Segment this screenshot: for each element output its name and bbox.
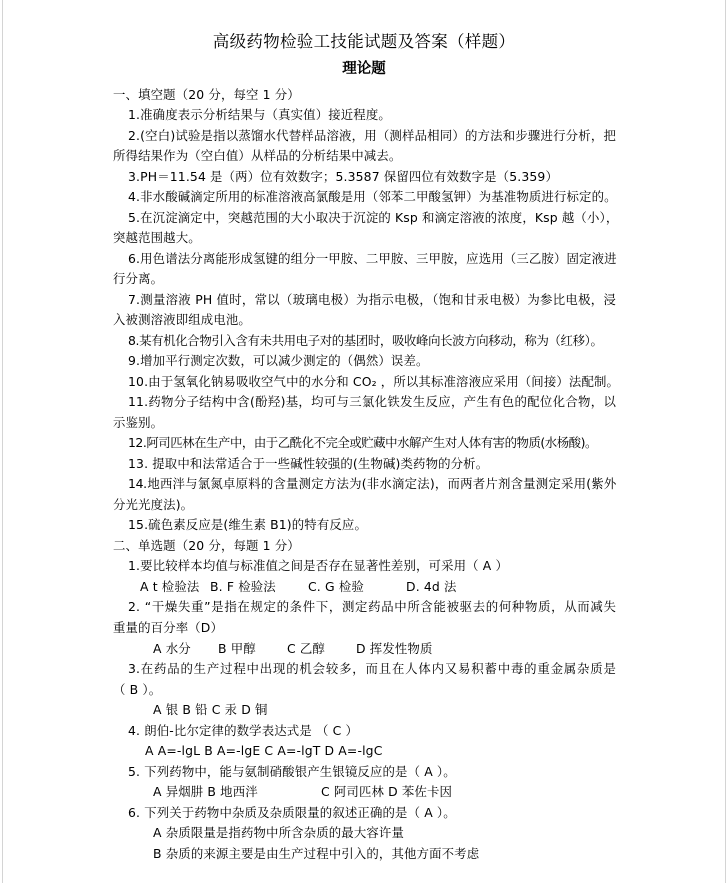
document-title: 高级药物检验工技能试题及答案（样题） bbox=[0, 31, 728, 53]
fill-item-11-cont: 示鉴别。 bbox=[113, 415, 163, 431]
question-2: 2. “干燥失重”是指在规定的条件下，测定药品中所含能被驱去的何种物质，从而减失 bbox=[128, 599, 616, 615]
fill-item-6: 6.用色谱法分离能形成氢键的组分一甲胺、二甲胺、三甲胺，应选用（三乙胺）固定液进 bbox=[128, 251, 616, 267]
question-1: 1.要比较样本均值与标准值之间是否存在显著性差别，可采用（ A ） bbox=[128, 558, 508, 574]
question-6-option-a: A 杂质限量是指药物中所含杂质的最大容许量 bbox=[153, 825, 404, 841]
option-d: D. 4d 法 bbox=[406, 579, 457, 595]
option-a: A 水分 bbox=[153, 641, 218, 657]
option-c: C. G 检验 bbox=[308, 579, 406, 595]
fill-item-14: 14.地西泮与氯氮卓原料的含量测定方法为(非水滴定法)，而两者片剂含量测定采用(… bbox=[128, 476, 616, 492]
option-c: C 乙醇 bbox=[287, 641, 356, 657]
fill-item-1: 1.准确度表示分析结果与（真实值）接近程度。 bbox=[128, 107, 391, 123]
question-5: 5. 下列药物中，能与氨制硝酸银产生银镜反应的是（ A ）。 bbox=[128, 764, 456, 780]
fill-item-15: 15.硫色素反应是(维生素 B1)的特有反应。 bbox=[128, 517, 367, 533]
option-a-b: A 异烟肼 B 地西泮 bbox=[153, 784, 321, 800]
question-2-options: A 水分B 甲醇C 乙醇D 挥发性物质 bbox=[153, 641, 432, 657]
fill-item-11: 11.药物分子结构中含(酚羟)基，均可与三氯化铁发生反应，产生有色的配位化合物，… bbox=[128, 394, 616, 410]
options-line: A 银 B 铅 C 汞 D 铜 bbox=[153, 702, 268, 718]
document-subtitle: 理论题 bbox=[0, 59, 728, 79]
option-b: B 杂质的来源主要是由生产过程中引入的，其他方面不考虑 bbox=[153, 846, 479, 862]
fill-item-2-cont: 所得结果作为（空白值）从样品的分析结果中减去。 bbox=[113, 148, 401, 164]
fill-item-12: 12.阿司匹林在生产中，由于乙酰化不完全或贮藏中水解产生对人体有害的物质(水杨酸… bbox=[128, 435, 597, 451]
question-3-options: A 银 B 铅 C 汞 D 铜 bbox=[153, 702, 268, 718]
section-heading-single-choice: 二、单选题（20 分，每题 1 分） bbox=[113, 538, 300, 554]
option-d: D 挥发性物质 bbox=[356, 641, 432, 657]
option-a: A t 检验法 bbox=[140, 579, 210, 595]
options-line: A A=-lgL B A=-lgE C A=-lgT D A=-lgC bbox=[145, 743, 383, 759]
option-a: A 杂质限量是指药物中所含杂质的最大容许量 bbox=[153, 825, 404, 841]
question-3: 3.在药品的生产过程中出现的机会较多，而且在人体内又易积蓄中毒的重金属杂质是 bbox=[128, 661, 616, 677]
question-5-options: A 异烟肼 B 地西泮C 阿司匹林 D 苯佐卡因 bbox=[153, 784, 452, 800]
question-6-option-b: B 杂质的来源主要是由生产过程中引入的，其他方面不考虑 bbox=[153, 846, 479, 862]
fill-item-3: 3.PH＝11.54 是（两）位有效数字；5.3587 保留四位有效数字是（5.… bbox=[128, 169, 558, 185]
fill-item-14-cont: 分光光度法)。 bbox=[113, 497, 193, 513]
question-3-cont: （ B ）。 bbox=[113, 682, 161, 698]
fill-item-8: 8.某有机化合物引入含有未共用电子对的基团时，吸收峰向长波方向移动，称为（红移）… bbox=[128, 333, 603, 349]
question-2-cont: 重量的百分率（D） bbox=[113, 620, 223, 636]
option-c-d: C 阿司匹林 D 苯佐卡因 bbox=[321, 784, 452, 800]
fill-item-4: 4.非水酸碱滴定所用的标准溶液高氯酸是用（邻苯二甲酸氢钾）为基准物质进行标定的。 bbox=[128, 189, 617, 205]
fill-item-5: 5.在沉淀滴定中，突越范围的大小取决于沉淀的 Ksp 和滴定溶液的浓度，Ksp … bbox=[128, 210, 616, 226]
fill-item-7: 7.测量溶液 PH 值时，常以（玻璃电极）为指示电极，（饱和甘汞电极）为参比电极… bbox=[128, 292, 616, 308]
document-page: 高级药物检验工技能试题及答案（样题） 理论题 一、填空题（20 分，每空 1 分… bbox=[0, 0, 728, 883]
question-4-options: A A=-lgL B A=-lgE C A=-lgT D A=-lgC bbox=[145, 743, 383, 759]
section-heading-fill-blank: 一、填空题（20 分，每空 1 分） bbox=[113, 87, 300, 103]
question-6: 6. 下列关于药物中杂质及杂质限量的叙述正确的是（ A ）。 bbox=[128, 805, 456, 821]
fill-item-13: 13. 提取中和法常适合于一些碱性较强的(生物碱)类药物的分析。 bbox=[128, 456, 488, 472]
option-b: B 甲醇 bbox=[218, 641, 287, 657]
fill-item-9: 9.增加平行测定次数，可以减少测定的（偶然）误差。 bbox=[128, 353, 429, 369]
question-4: 4. 朗伯-比尔定律的数学表达式是 （ C ） bbox=[128, 723, 358, 739]
fill-item-2: 2.(空白)试验是指以蒸馏水代替样品溶液，用（测样品相同）的方法和步骤进行分析，… bbox=[128, 128, 616, 144]
fill-item-5-cont: 突越范围越大。 bbox=[113, 230, 201, 246]
question-1-options: A t 检验法B. F 检验法C. G 检验D. 4d 法 bbox=[140, 579, 457, 595]
fill-item-10: 10.由于氢氧化钠易吸收空气中的水分和 CO₂ ，所以其标准溶液应采用（间接）法… bbox=[128, 374, 619, 390]
fill-item-7-cont: 入被测溶液即组成电池。 bbox=[113, 312, 251, 328]
option-b: B. F 检验法 bbox=[210, 579, 308, 595]
fill-item-6-cont: 行分离。 bbox=[113, 271, 163, 287]
